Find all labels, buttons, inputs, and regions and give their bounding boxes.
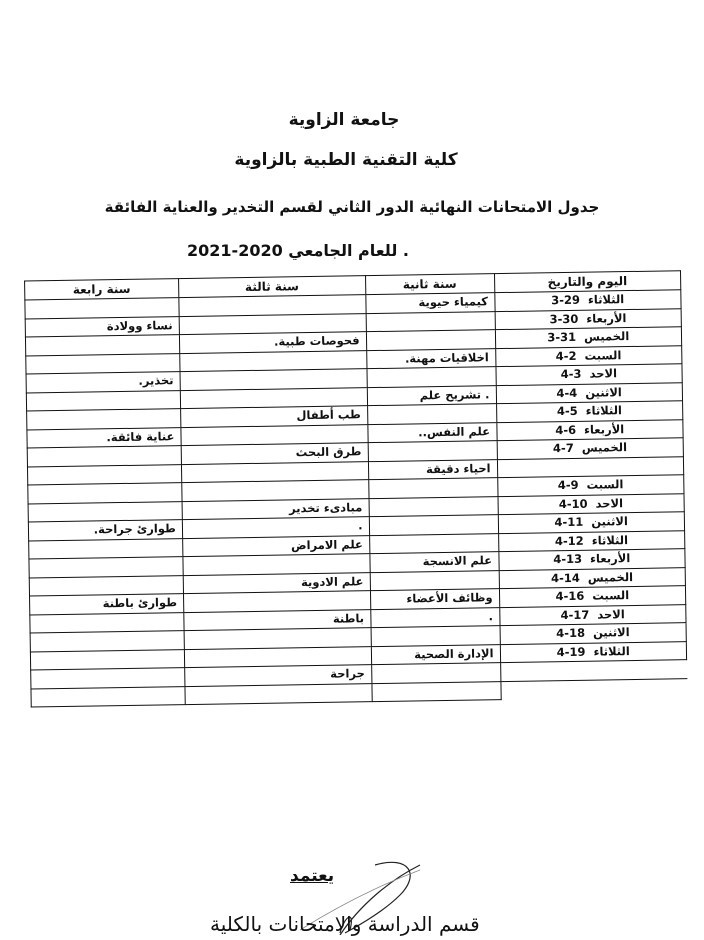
date-value: 4-18	[556, 626, 585, 640]
day-name: الخميس	[582, 440, 627, 455]
day-name: الأربعاء	[590, 551, 630, 566]
year2-exam-cell	[369, 496, 498, 517]
year2-exam-cell: الإدارة الصحية	[371, 644, 500, 665]
year4-exam-cell	[29, 557, 183, 578]
date-value: 3-31	[547, 330, 576, 344]
day-name: الاحد	[597, 607, 625, 621]
date-value: 4-4	[556, 386, 577, 400]
day-name: الاثنين	[585, 385, 622, 400]
date-value: 4-17	[560, 607, 589, 621]
day-name: الاثنين	[591, 514, 628, 529]
year4-exam-cell	[25, 335, 179, 356]
year3-exam-cell	[185, 683, 372, 704]
day-name: السبت	[592, 588, 629, 603]
year4-exam-cell: نساء وولادة	[25, 316, 179, 337]
day-name: السبت	[586, 477, 623, 492]
year4-exam-cell	[30, 631, 184, 652]
day-name: الثلاثاء	[588, 292, 624, 307]
year4-exam-cell	[28, 483, 182, 504]
day-name: الاحد	[595, 496, 623, 510]
year2-exam-cell: كيمياء حيوية	[365, 293, 494, 314]
year4-exam-cell	[26, 353, 180, 374]
date-value: 4-14	[551, 571, 580, 585]
year2-exam-cell	[368, 441, 497, 462]
day-name: الخميس	[584, 329, 629, 344]
year4-exam-cell	[30, 649, 184, 670]
date-value: 4-3	[561, 367, 582, 381]
year4-exam-cell	[31, 668, 185, 689]
year4-exam-cell: عناية فائقة.	[27, 427, 181, 448]
schedule-subtitle: جدول الامتحانات النهائية الدور الثاني لق…	[0, 198, 704, 216]
year2-exam-cell	[372, 681, 501, 702]
date-value: 3-29	[551, 293, 580, 307]
day-name: الثلاثاء	[586, 403, 622, 418]
year2-exam-cell	[369, 533, 498, 554]
day-name: الاحد	[589, 366, 617, 380]
date-cell	[500, 678, 687, 699]
year4-exam-cell: طوارئ جراحة.	[28, 520, 182, 541]
exam-schedule-wrapper: اليوم والتاريخ سنة ثانية سنة ثالثة سنة ر…	[24, 273, 504, 281]
approve-label: يعتمد	[290, 866, 334, 886]
year2-exam-cell: علم النفس..	[367, 422, 496, 443]
date-value: 4-11	[554, 515, 583, 529]
college-name: كلية التقنية الطبية بالزاوية	[0, 150, 698, 170]
year4-exam-cell	[27, 464, 181, 485]
year2-exam-cell: اخلاقيات مهنة.	[366, 348, 495, 369]
date-value: 4-16	[555, 589, 584, 603]
year4-exam-cell	[26, 390, 180, 411]
date-value: 4-12	[555, 534, 584, 548]
year2-exam-cell	[367, 367, 496, 388]
year2-exam-cell	[366, 330, 495, 351]
table-body: الثلاثاء 3-29كيمياء حيويةالأربعاء 3-30نس…	[25, 290, 687, 707]
academic-year: . للعام الجامعي 2020-2021	[0, 241, 650, 260]
day-name: الأربعاء	[586, 311, 626, 326]
date-value: 4-6	[555, 423, 576, 437]
year2-exam-cell: .	[370, 607, 499, 628]
date-value: 3-30	[549, 312, 578, 326]
year4-exam-cell	[29, 575, 183, 596]
year4-exam-cell: طوارئ باطنة	[30, 594, 184, 615]
year2-exam-cell	[369, 515, 498, 536]
date-value: 4-7	[553, 441, 574, 455]
year2-exam-cell: . تشريح علم	[367, 385, 496, 406]
department-label: قسم الدراسة والامتحانات بالكلية	[210, 912, 480, 936]
date-value: 4-2	[556, 349, 577, 363]
day-name: الاثنين	[593, 625, 630, 640]
header-year4: سنة رابعة	[25, 279, 179, 300]
year4-exam-cell	[30, 612, 184, 633]
year4-exam-cell	[27, 409, 181, 430]
day-name: السبت	[584, 348, 621, 363]
header-year2: سنة ثانية	[365, 274, 494, 295]
year2-exam-cell	[370, 570, 499, 591]
year2-exam-cell: احياء دقيقة	[368, 459, 497, 480]
university-name: جامعة الزاوية	[0, 110, 696, 130]
exam-schedule-table: اليوم والتاريخ سنة ثانية سنة ثالثة سنة ر…	[24, 270, 688, 707]
year2-exam-cell: وظائف الأعضاء	[370, 589, 499, 610]
year4-exam-cell	[29, 538, 183, 559]
year2-exam-cell	[367, 404, 496, 425]
year2-exam-cell	[371, 663, 500, 684]
date-value: 4-5	[557, 404, 578, 418]
year2-exam-cell	[368, 478, 497, 499]
year4-exam-cell	[28, 501, 182, 522]
year2-exam-cell	[366, 311, 495, 332]
year2-exam-cell: علم الانسجة	[370, 552, 499, 573]
day-name: الثلاثاء	[592, 533, 628, 548]
day-name: الثلاثاء	[593, 644, 629, 659]
date-value: 4-10	[559, 496, 588, 510]
day-name: الأربعاء	[584, 422, 624, 437]
date-value: 4-9	[558, 478, 579, 492]
year4-exam-cell	[27, 446, 181, 467]
date-value: 4-19	[557, 645, 586, 659]
year4-exam-cell	[25, 298, 179, 319]
year4-exam-cell: تخذير.	[26, 372, 180, 393]
day-name: الخميس	[588, 570, 633, 585]
year4-exam-cell	[31, 686, 185, 707]
date-value: 4-13	[553, 552, 582, 566]
year2-exam-cell	[371, 626, 500, 647]
